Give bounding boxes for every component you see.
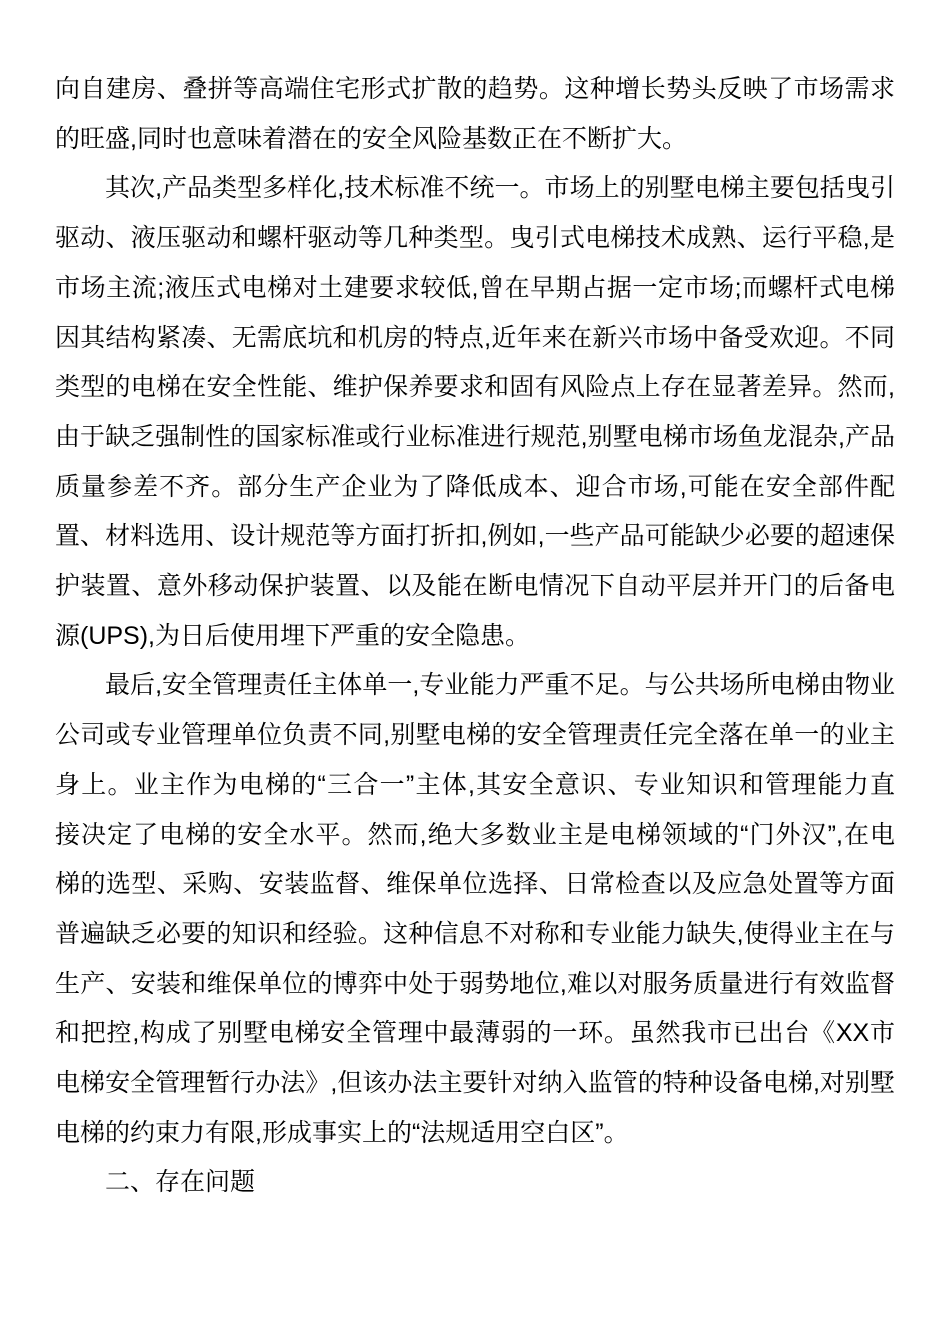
text-line: 置、材料选用、设计规范等方面打折扣,例如,一些产品可能缺少必要的超速保 (55, 512, 895, 562)
text-line: 由于缺乏强制性的国家标准或行业标准进行规范,别墅电梯市场鱼龙混杂,产品 (55, 413, 895, 463)
text-line: 质量参差不齐。部分生产企业为了降低成本、迎合市场,可能在安全部件配 (55, 463, 895, 513)
document-page: 向自建房、叠拼等高端住宅形式扩散的趋势。这种增长势头反映了市场需求的旺盛,同时也… (0, 0, 950, 1344)
section-heading: 二、存在问题 (55, 1158, 895, 1208)
text-line: 源(UPS),为日后使用埋下严重的安全隐患。 (55, 612, 895, 662)
text-line: 向自建房、叠拼等高端住宅形式扩散的趋势。这种增长势头反映了市场需求 (55, 65, 895, 115)
section-heading-paragraph: 二、存在问题 (55, 1158, 895, 1208)
document-text-body: 向自建房、叠拼等高端住宅形式扩散的趋势。这种增长势头反映了市场需求的旺盛,同时也… (0, 0, 950, 1208)
text-line: 市场主流;液压式电梯对土建要求较低,曾在早期占据一定市场;而螺杆式电梯 (55, 264, 895, 314)
text-line: 电梯安全管理暂行办法》,但该办法主要针对纳入监管的特种设备电梯,对别墅 (55, 1059, 895, 1109)
text-line: 生产、安装和维保单位的博弈中处于弱势地位,难以对服务质量进行有效监督 (55, 960, 895, 1010)
text-line: 类型的电梯在安全性能、维护保养要求和固有风险点上存在显著差异。然而, (55, 363, 895, 413)
text-line: 电梯的约束力有限,形成事实上的“法规适用空白区”。 (55, 1109, 895, 1159)
text-line: 最后,安全管理责任主体单一,专业能力严重不足。与公共场所电梯由物业 (55, 661, 895, 711)
text-line: 和把控,构成了别墅电梯安全管理中最薄弱的一环。虽然我市已出台《XX市 (55, 1009, 895, 1059)
text-line: 驱动、液压驱动和螺杆驱动等几种类型。曳引式电梯技术成熟、运行平稳,是 (55, 214, 895, 264)
text-line: 普遍缺乏必要的知识和经验。这种信息不对称和专业能力缺失,使得业主在与 (55, 910, 895, 960)
text-line: 身上。业主作为电梯的“三合一”主体,其安全意识、专业知识和管理能力直 (55, 761, 895, 811)
body-paragraph: 最后,安全管理责任主体单一,专业能力严重不足。与公共场所电梯由物业公司或专业管理… (55, 661, 895, 1158)
text-line: 梯的选型、采购、安装监督、维保单位选择、日常检查以及应急处置等方面 (55, 860, 895, 910)
text-line: 的旺盛,同时也意味着潜在的安全风险基数正在不断扩大。 (55, 115, 895, 165)
text-line: 因其结构紧凑、无需底坑和机房的特点,近年来在新兴市场中备受欢迎。不同 (55, 314, 895, 364)
text-line: 接决定了电梯的安全水平。然而,绝大多数业主是电梯领域的“门外汉”,在电 (55, 811, 895, 861)
text-line: 公司或专业管理单位负责不同,别墅电梯的安全管理责任完全落在单一的业主 (55, 711, 895, 761)
text-line: 其次,产品类型多样化,技术标准不统一。市场上的别墅电梯主要包括曳引 (55, 164, 895, 214)
body-paragraph: 向自建房、叠拼等高端住宅形式扩散的趋势。这种增长势头反映了市场需求的旺盛,同时也… (55, 65, 895, 164)
body-paragraph: 其次,产品类型多样化,技术标准不统一。市场上的别墅电梯主要包括曳引驱动、液压驱动… (55, 164, 895, 661)
text-line: 护装置、意外移动保护装置、以及能在断电情况下自动平层并开门的后备电 (55, 562, 895, 612)
